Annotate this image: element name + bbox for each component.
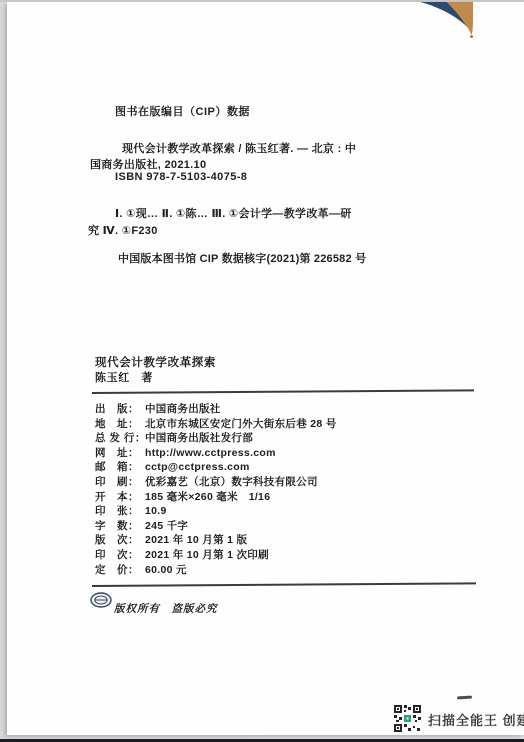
colophon-label: 总 发 行： (95, 431, 145, 446)
scanned-screenshot: 图书在版编目（CIP）数据 现代会计教学改革探索 / 陈玉红著. — 北京 : … (0, 0, 524, 742)
divider-rule-top (92, 389, 474, 393)
colophon-row-address: 地 址：北京市东城区安定门外大街东后巷 28 号 (95, 417, 337, 432)
scan-smudge-artifact (457, 695, 472, 699)
colophon-value: 优彩嘉艺（北京）数字科技有限公司 (145, 476, 318, 488)
colophon-row-printing: 印 次：2021 年 10 月第 1 次印刷 (95, 548, 337, 563)
colophon-row-format: 开 本：185 毫米×260 毫米 1/16 (95, 490, 337, 505)
cip-heading: 图书在版编目（CIP）数据 (115, 103, 250, 119)
camscanner-watermark-text: 扫描全能王 创建 (428, 710, 524, 729)
colophon-value: 245 千字 (145, 520, 188, 532)
cip-record-number: 中国版本图书馆 CIP 数据核字(2021)第 226582 号 (118, 250, 366, 266)
colophon-label: 印 张： (95, 504, 145, 519)
colophon-value: 2021 年 10 月第 1 版 (145, 534, 247, 546)
cip-entry-line-1: 现代会计教学改革探索 / 陈玉红著. — 北京 : 中 (122, 140, 356, 156)
colophon-value: 北京市东城区安定门外大街东后巷 28 号 (145, 418, 337, 430)
colophon-label: 网 址： (95, 446, 145, 461)
colophon-row-edition: 版 次：2021 年 10 月第 1 版 (95, 533, 337, 548)
colophon-label: 版 次： (95, 533, 145, 548)
cip-entry-line-2: 国商务出版社, 2021.10 (90, 156, 206, 172)
colophon-row-publisher: 出 版：中国商务出版社 (95, 402, 337, 417)
book-author: 陈玉红 著 (95, 369, 153, 385)
copyright-notice: 版权所有 盗版必究 (114, 601, 218, 616)
colophon-value: cctp@cctpress.com (145, 461, 250, 473)
cip-classification-line-1: Ⅰ. ①现… Ⅱ. ①陈… Ⅲ. ①会计学—教学改革—研 (115, 205, 352, 221)
isbn-number: ISBN 978-7-5103-4075-8 (115, 171, 247, 183)
colophon-value: 185 毫米×260 毫米 1/16 (145, 491, 270, 503)
book-cover-corner-decoration (414, 2, 476, 40)
colophon-row-website: 网 址：http://www.cctpress.com (95, 446, 337, 461)
colophon-value: 中国商务出版社 (145, 403, 221, 415)
colophon-row-distributor: 总 发 行：中国商务出版社发行部 (95, 431, 337, 446)
colophon-value: 2021 年 10 月第 1 次印刷 (145, 549, 269, 561)
colophon-row-sheets: 印 张：10.9 (95, 504, 337, 519)
colophon-value: 10.9 (145, 505, 167, 517)
colophon-row-email: 邮 箱：cctp@cctpress.com (95, 460, 337, 475)
colophon-label: 邮 箱： (95, 460, 145, 475)
colophon-value: http://www.cctpress.com (145, 447, 276, 459)
colophon-label: 印 刷： (95, 475, 145, 490)
colophon-label: 字 数： (95, 519, 145, 534)
colophon-label: 出 版： (95, 402, 145, 417)
colophon-value: 60.00 元 (145, 564, 187, 576)
colophon-table: 出 版：中国商务出版社 地 址：北京市东城区安定门外大街东后巷 28 号 总 发… (95, 402, 337, 577)
colophon-row-wordcount: 字 数：245 千字 (95, 519, 337, 534)
publisher-logo-icon (90, 592, 112, 608)
colophon-row-price: 定 价：60.00 元 (95, 563, 337, 578)
colophon-label: 定 价： (95, 563, 145, 578)
divider-rule-bottom (92, 582, 476, 586)
camscanner-qr-icon (394, 705, 421, 732)
colophon-row-printer: 印 刷：优彩嘉艺（北京）数字科技有限公司 (95, 475, 337, 490)
colophon-label: 地 址： (95, 417, 145, 432)
colophon-label: 印 次： (95, 548, 145, 563)
colophon-value: 中国商务出版社发行部 (145, 432, 253, 444)
book-title: 现代会计教学改革探索 (95, 354, 216, 370)
cip-classification-line-2: 究 Ⅳ. ①F230 (88, 222, 158, 238)
colophon-label: 开 本： (95, 490, 145, 505)
book-copyright-page: 图书在版编目（CIP）数据 现代会计教学改革探索 / 陈玉红著. — 北京 : … (7, 2, 524, 735)
